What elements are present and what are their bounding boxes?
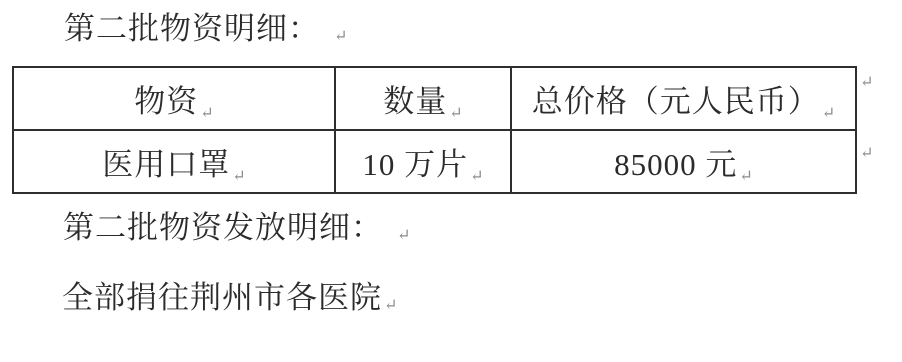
table-row: 医用口罩↵ 10 万片↵ 85000 元↵	[13, 130, 856, 193]
header-text: 数量	[383, 84, 447, 119]
header-cell-quantity: 数量↵	[335, 67, 511, 130]
paragraph-mark-icon: ↵	[334, 28, 347, 45]
cell-text: 医用口罩	[102, 147, 230, 182]
header-cell-total-price: 总价格（元人民币）↵	[511, 67, 856, 130]
header-text: 物资	[134, 84, 198, 119]
paragraph-text: 全部捐往荆州市各医院	[62, 280, 382, 315]
paragraph-distribution-detail: 全部捐往荆州市各医院↵	[62, 280, 397, 316]
cell-supply-name: 医用口罩↵	[13, 130, 335, 193]
cell-quantity: 10 万片↵	[335, 130, 511, 193]
cell-text: 10 万片	[362, 147, 468, 182]
cell-total-price: 85000 元↵	[511, 130, 856, 193]
row-end-mark-icon: ↵	[860, 143, 873, 163]
document-page: 第二批物资明细：↵ 物资↵ 数量↵ 总价格（元人民币）↵ 医用口罩↵	[0, 0, 902, 362]
cell-end-mark-icon: ↵	[739, 168, 752, 185]
cell-end-mark-icon: ↵	[232, 168, 245, 185]
paragraph-mark-icon: ↵	[384, 297, 397, 314]
cell-end-mark-icon: ↵	[200, 105, 213, 122]
paragraph-batch2-supplies-title: 第二批物资明细：↵	[64, 11, 347, 47]
table-header-row: 物资↵ 数量↵ 总价格（元人民币）↵	[13, 67, 856, 130]
header-text: 总价格（元人民币）	[532, 84, 820, 119]
header-cell-supply: 物资↵	[13, 67, 335, 130]
paragraph-mark-icon: ↵	[397, 227, 410, 244]
supplies-table: 物资↵ 数量↵ 总价格（元人民币）↵ 医用口罩↵ 10 万片↵ 8500	[12, 66, 857, 194]
paragraph-text: 第二批物资发放明细：	[63, 210, 383, 245]
paragraph-batch2-distribution-title: 第二批物资发放明细：↵	[63, 210, 410, 246]
cell-end-mark-icon: ↵	[822, 105, 835, 122]
cell-end-mark-icon: ↵	[470, 168, 483, 185]
cell-text: 85000 元	[614, 147, 737, 182]
cell-end-mark-icon: ↵	[449, 105, 462, 122]
paragraph-text: 第二批物资明细：	[64, 11, 320, 46]
row-end-mark-icon: ↵	[860, 72, 873, 92]
